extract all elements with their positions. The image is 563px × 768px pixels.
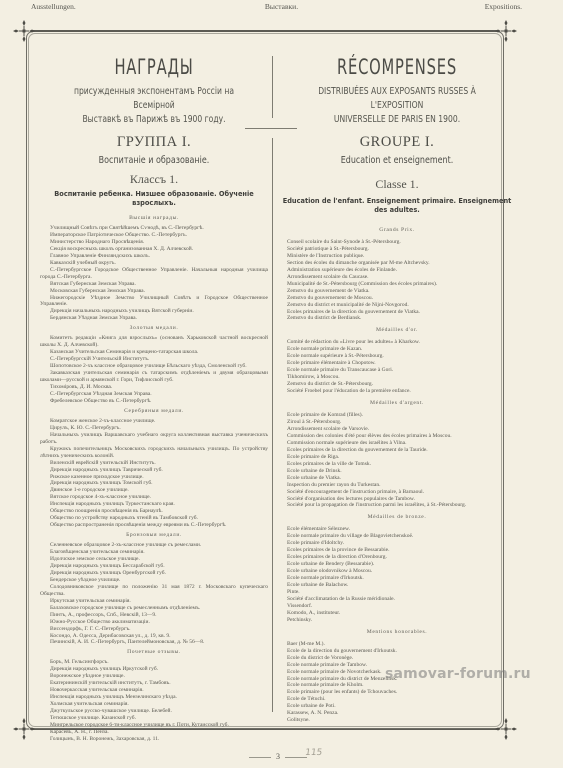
- award-entry: Baer (M-me M.).: [281, 641, 513, 648]
- award-entry: Ecole primaire de Riga.: [281, 454, 513, 461]
- award-entry: Иркутская учительская семинарія.: [40, 598, 268, 605]
- award-entry: Ecole normale primaire de Kholm.: [281, 682, 513, 689]
- award-entry: Секція воскресныхъ школъ организованная …: [40, 246, 268, 253]
- award-category-heading: Серебряныя медали.: [40, 408, 268, 414]
- page-subtitle-ru: присужденныя экспонентамъ Россіи на Всем…: [61, 85, 248, 127]
- class-description-fr: Education de l'enfant. Enseignement prim…: [281, 197, 513, 215]
- award-entry: Карасевъ, А. Н., г. Пенза.: [40, 729, 268, 736]
- award-entry: Солодовниковское училище по положенію 31…: [40, 584, 268, 598]
- award-entry: С.-Петербургское Городское Общественное …: [40, 267, 268, 281]
- award-entry: Дирекція народныхъ училищъ Таврической г…: [40, 467, 268, 474]
- award-entry: Zemstvo du district de St.-Pétersbourg.: [281, 381, 513, 388]
- award-entry: Ziroul à St.-Pétersbourg.: [281, 419, 513, 426]
- award-entry: Ecoles primaires de la direction d'Orenb…: [281, 554, 513, 561]
- award-entry: Джуткульское русско-чувашское училище. Б…: [40, 708, 268, 715]
- award-entry: Ecole urbaine de Drinsk.: [281, 468, 513, 475]
- page-title-ru: НАГРАДЫ: [65, 55, 243, 79]
- award-entry: Ecole normale primaire de Kazan.: [281, 346, 513, 353]
- award-entry: Ecole urbaine olodovnikow à Moscou.: [281, 568, 513, 575]
- award-entry: Société pour la propagation de l'instruc…: [281, 502, 513, 509]
- award-entry: Municipalité de St.-Pétersbourg (Commiss…: [281, 281, 513, 288]
- running-head-center: Выставки.: [0, 2, 563, 11]
- award-entry: Холмская учительская семинарія.: [40, 701, 268, 708]
- award-entry: Дирекція народныхъ училищъ Томской губ.: [40, 480, 268, 487]
- award-entry: Ecoles primaires de la ville de Tomsk.: [281, 461, 513, 468]
- award-entry: Начальныхъ училищъ Варшавскаго учебнаго …: [40, 432, 268, 446]
- award-entry: Ecole primaire (pour les enfants) de Tch…: [281, 689, 513, 696]
- award-category-heading: Médailles d'argent.: [281, 400, 513, 406]
- award-entry: Société d'organisation des lectures popu…: [281, 496, 513, 503]
- award-entry: Vissendorf.: [281, 603, 513, 610]
- award-entry: Ecole de la direction du gouvernement d'…: [281, 648, 513, 655]
- award-category-heading: Médailles d'or.: [281, 327, 513, 333]
- award-entry: Arrondissement scolaire du Caucase.: [281, 274, 513, 281]
- award-entry: Ecole du district de Voronège.: [281, 655, 513, 662]
- award-entry: Мингрельское городское 6-ти-классное учи…: [40, 722, 268, 729]
- award-entry: Балаховское городское училище съ ремесле…: [40, 605, 268, 612]
- award-entry: Благовѣщенская учительская семинарія.: [40, 549, 268, 556]
- award-entry: Komodo, A., instituteur.: [281, 610, 513, 617]
- award-entry: Виленскій еврейскій учительскій Институт…: [40, 460, 268, 467]
- award-entry: Ecole urbaine de Viatka.: [281, 475, 513, 482]
- award-entry: Нижегородскіе Уѣздное Земство Училищный …: [40, 295, 268, 309]
- award-entry: Екатерининскій учительскій институтъ, г.…: [40, 680, 268, 687]
- award-entry: Ecole primaire d'Idoltchy.: [281, 540, 513, 547]
- award-entry: Petchinsky.: [281, 617, 513, 624]
- award-entry: Селенневское образцовое 2-хъ-классное уч…: [40, 542, 268, 549]
- awards-list-ru: Высшія награды.Училищный Совѣтъ при Свят…: [40, 212, 268, 743]
- award-entry: Société patriotique à St.-Pétersbourg.: [281, 246, 513, 253]
- group-subtitle-ru: Воспитаніе и образованіе.: [58, 155, 250, 166]
- running-head-right: Expositions.: [485, 2, 522, 11]
- class-title-ru: Классъ 1.: [40, 172, 268, 187]
- watermark: samovar-forum.ru: [385, 666, 531, 682]
- award-entry: Комратское женское 2-хъ-классное училище…: [40, 418, 268, 425]
- corner-ornament-icon: [495, 20, 517, 42]
- award-entry: Ecole normale primaire du Transcaucase à…: [281, 367, 513, 374]
- award-entry: Société d'acclimatation de la Russie mér…: [281, 596, 513, 603]
- award-entry: Zemstvo du gouvernement de Moscou.: [281, 295, 513, 302]
- award-entry: Московская Губернская Земская Управа.: [40, 288, 268, 295]
- award-entry: Дирекція начальныхъ народныхъ училищъ Вя…: [40, 308, 268, 315]
- award-entry: Виссендорфъ, Г. Г. С.-Петербургъ.: [40, 626, 268, 633]
- award-category-heading: Бронзовыя медали.: [40, 532, 268, 538]
- award-entry: Ecole de Tétuchi.: [281, 696, 513, 703]
- award-entry: Рижское казенное приходское училище.: [40, 474, 268, 481]
- award-entry: Идолчское земское сельское училище.: [40, 556, 268, 563]
- award-entry: Ministère de l'Instruction publique.: [281, 253, 513, 260]
- award-entry: Inspection du premier rayon du Turkestan…: [281, 482, 513, 489]
- subtitle-line: присужденныя экспонентамъ Россіи на Всем…: [61, 85, 248, 113]
- award-entry: Administration supérieure des écoles de …: [281, 267, 513, 274]
- award-entry: Бердянская Уѣздная Земская Управа.: [40, 315, 268, 322]
- awards-list-fr: Grands Prix.Conseil scolaire du Saint-Sy…: [281, 222, 513, 724]
- award-entry: Ecole urbaine de Balachow.: [281, 582, 513, 589]
- award-entry: Голицынъ, В. Н. Воронежъ, Захаровская, д…: [40, 736, 268, 743]
- award-entry: С.-Петербургскій Учительскій Институтъ.: [40, 356, 268, 363]
- award-entry: Закавказская учительская семинарія съ та…: [40, 370, 268, 384]
- award-entry: Ecoles primaires de la direction du gouv…: [281, 447, 513, 454]
- award-entry: Zemstvo du gouvernement de Viatka.: [281, 288, 513, 295]
- award-entry: Golitsyne.: [281, 717, 513, 724]
- pencil-annotation: 115: [304, 748, 323, 758]
- award-entry: Вятская Губернская Земская Управа.: [40, 281, 268, 288]
- award-entry: Ecoles primaires de la province de Bessa…: [281, 547, 513, 554]
- award-entry: Вятское городское 4-хъ-классное училище.: [40, 494, 268, 501]
- award-entry: Инспекція народныхъ училищъ Мензелинскаг…: [40, 694, 268, 701]
- award-category-heading: Золотыя медали.: [40, 325, 268, 331]
- award-category-heading: Grands Prix.: [281, 227, 513, 233]
- page-subtitle-fr: DISTRIBUÉES AUX EXPOSANTS RUSSES À L'EXP…: [302, 85, 492, 127]
- award-entry: Дирекція народныхъ училищъ Оренбургской …: [40, 570, 268, 577]
- award-entry: Section des écoles du dimanche organisée…: [281, 260, 513, 267]
- award-entry: Бендерское уѣздное училище.: [40, 577, 268, 584]
- column-divider: [272, 138, 273, 712]
- center-rule: [245, 128, 297, 129]
- award-entry: Боръ, М. Гельсингфорсъ.: [40, 659, 268, 666]
- award-entry: Министерство Народнаго Просвѣщенія.: [40, 239, 268, 246]
- award-entry: Ecole primaire élémentaire à Chopotow.: [281, 360, 513, 367]
- award-entry: Pinte.: [281, 589, 513, 596]
- running-head: Ausstellungen. Выставки. Expositions.: [0, 0, 563, 14]
- class-description-ru: Воспитаніе ребенка. Низшее образованіе. …: [40, 190, 268, 208]
- group-title-fr: GROUPE I.: [281, 134, 513, 151]
- award-entry: Дирекція народныхъ училищъ Иркутской губ…: [40, 666, 268, 673]
- award-entry: Ecoles primaires de la direction du gouv…: [281, 309, 513, 316]
- award-entry: Ecole normale primaire du village de Bla…: [281, 533, 513, 540]
- award-entry: Тихоміровъ, Д. И. Москва.: [40, 384, 268, 391]
- group-title-ru: ГРУППА I.: [40, 134, 268, 151]
- award-entry: Société d'encouragement de l'instruction…: [281, 489, 513, 496]
- award-entry: Комитетъ редакціи «Книга для взрослыхъ» …: [40, 335, 268, 349]
- award-entry: Воронежское уѣздное училище.: [40, 673, 268, 680]
- award-entry: Общество по устройству народныхъ чтеній …: [40, 515, 268, 522]
- corner-ornament-icon: [13, 20, 35, 42]
- award-entry: Ecole urbaine de Bendery (Bessarabie).: [281, 561, 513, 568]
- award-entry: Училищный Совѣтъ при Святѣйшемъ Сѵнодѣ, …: [40, 225, 268, 232]
- award-entry: Karassew, A. N. Penza.: [281, 710, 513, 717]
- award-entry: Arrondissement scolaire de Varsovie.: [281, 426, 513, 433]
- subtitle-line: UNIVERSELLE DE PARIS EN 1900.: [302, 113, 492, 127]
- award-entry: Главное Управленіе Финляндскихъ школъ.: [40, 253, 268, 260]
- page-title-fr: RÉCOMPENSES: [307, 55, 488, 79]
- award-entry: Тетюшское училище. Казанской губ.: [40, 715, 268, 722]
- award-entry: Société Froebel pour l'éducation de la p…: [281, 388, 513, 395]
- award-entry: Новочеркасская учительская семинарія.: [40, 687, 268, 694]
- award-category-heading: Mentions honorables.: [281, 629, 513, 635]
- award-entry: Ecole normale primaire d'Irkoutsk.: [281, 575, 513, 582]
- award-entry: Императорское Патріотическое Общество. С…: [40, 232, 268, 239]
- award-entry: Ecole urbaine de Poti.: [281, 703, 513, 710]
- award-entry: Ecole élémentaire Séleznew.: [281, 526, 513, 533]
- award-entry: Conseil scolaire du Saint-Synode à St.-P…: [281, 239, 513, 246]
- frame-top-rule: [33, 30, 497, 32]
- group-subtitle-fr: Education et enseignement.: [300, 155, 495, 166]
- award-entry: Comité de rédaction du «Livre pour les a…: [281, 339, 513, 346]
- award-category-heading: Почетные отзывы.: [40, 649, 268, 655]
- class-title-fr: Classe 1.: [281, 177, 513, 192]
- corner-ornament-icon: [13, 718, 35, 740]
- award-entry: Commission des colonies d'été pour élève…: [281, 433, 513, 440]
- award-entry: С.-Петербургская Уѣздная Земская Управа.: [40, 391, 268, 398]
- award-entry: Косондо, А. Одесса, Дерибасовская ул., д…: [40, 633, 268, 640]
- award-entry: Южно-Русское Общество акклиматизаціи.: [40, 619, 268, 626]
- award-entry: Ecole primaire de Komrad (filles).: [281, 412, 513, 419]
- award-entry: Инспекція народныхъ училищъ Туркестанска…: [40, 501, 268, 508]
- award-entry: Цирулъ, К. Ю. С.-Петербургъ.: [40, 425, 268, 432]
- subtitle-line: Выставкѣ въ Парижѣ въ 1900 году.: [61, 113, 248, 127]
- award-entry: Печинскій, А. И. С.-Петербургъ, Пантелей…: [40, 639, 268, 646]
- award-entry: Двинское 1-е городское училище.: [40, 487, 268, 494]
- award-entry: Tikhomirow, à Moscou.: [281, 374, 513, 381]
- award-entry: Дирекція народныхъ училищъ Бессарабской …: [40, 563, 268, 570]
- award-entry: Commission normale supérieure des israél…: [281, 440, 513, 447]
- award-entry: Zemstvo du district et municipalité de N…: [281, 302, 513, 309]
- award-entry: Общество поощренія просвѣщенія въ Барнау…: [40, 508, 268, 515]
- award-entry: Казанская Учительская Семинарія и крещен…: [40, 349, 268, 356]
- award-entry: Zemstvo du district de Berdiansk.: [281, 315, 513, 322]
- award-entry: Пинтъ, А., профессоръ, Спб., Невскій, 13…: [40, 612, 268, 619]
- award-category-heading: Médailles de bronze.: [281, 514, 513, 520]
- award-entry: Общество распространенія просвѣщенія меж…: [40, 522, 268, 529]
- subtitle-line: DISTRIBUÉES AUX EXPOSANTS RUSSES À L'EXP…: [302, 85, 492, 113]
- award-entry: Кружокъ попечительницъ Московскихъ город…: [40, 446, 268, 460]
- award-entry: Фребелевское Общество въ С.-Петербургѣ.: [40, 398, 268, 405]
- award-entry: Кавказскій учебный округъ.: [40, 260, 268, 267]
- column-divider: [272, 56, 273, 118]
- award-category-heading: Высшія награды.: [40, 215, 268, 221]
- award-entry: Шопотовское 2-хъ классное образцовое учи…: [40, 363, 268, 370]
- award-entry: Ecole normale supérieure à St.-Pétersbou…: [281, 353, 513, 360]
